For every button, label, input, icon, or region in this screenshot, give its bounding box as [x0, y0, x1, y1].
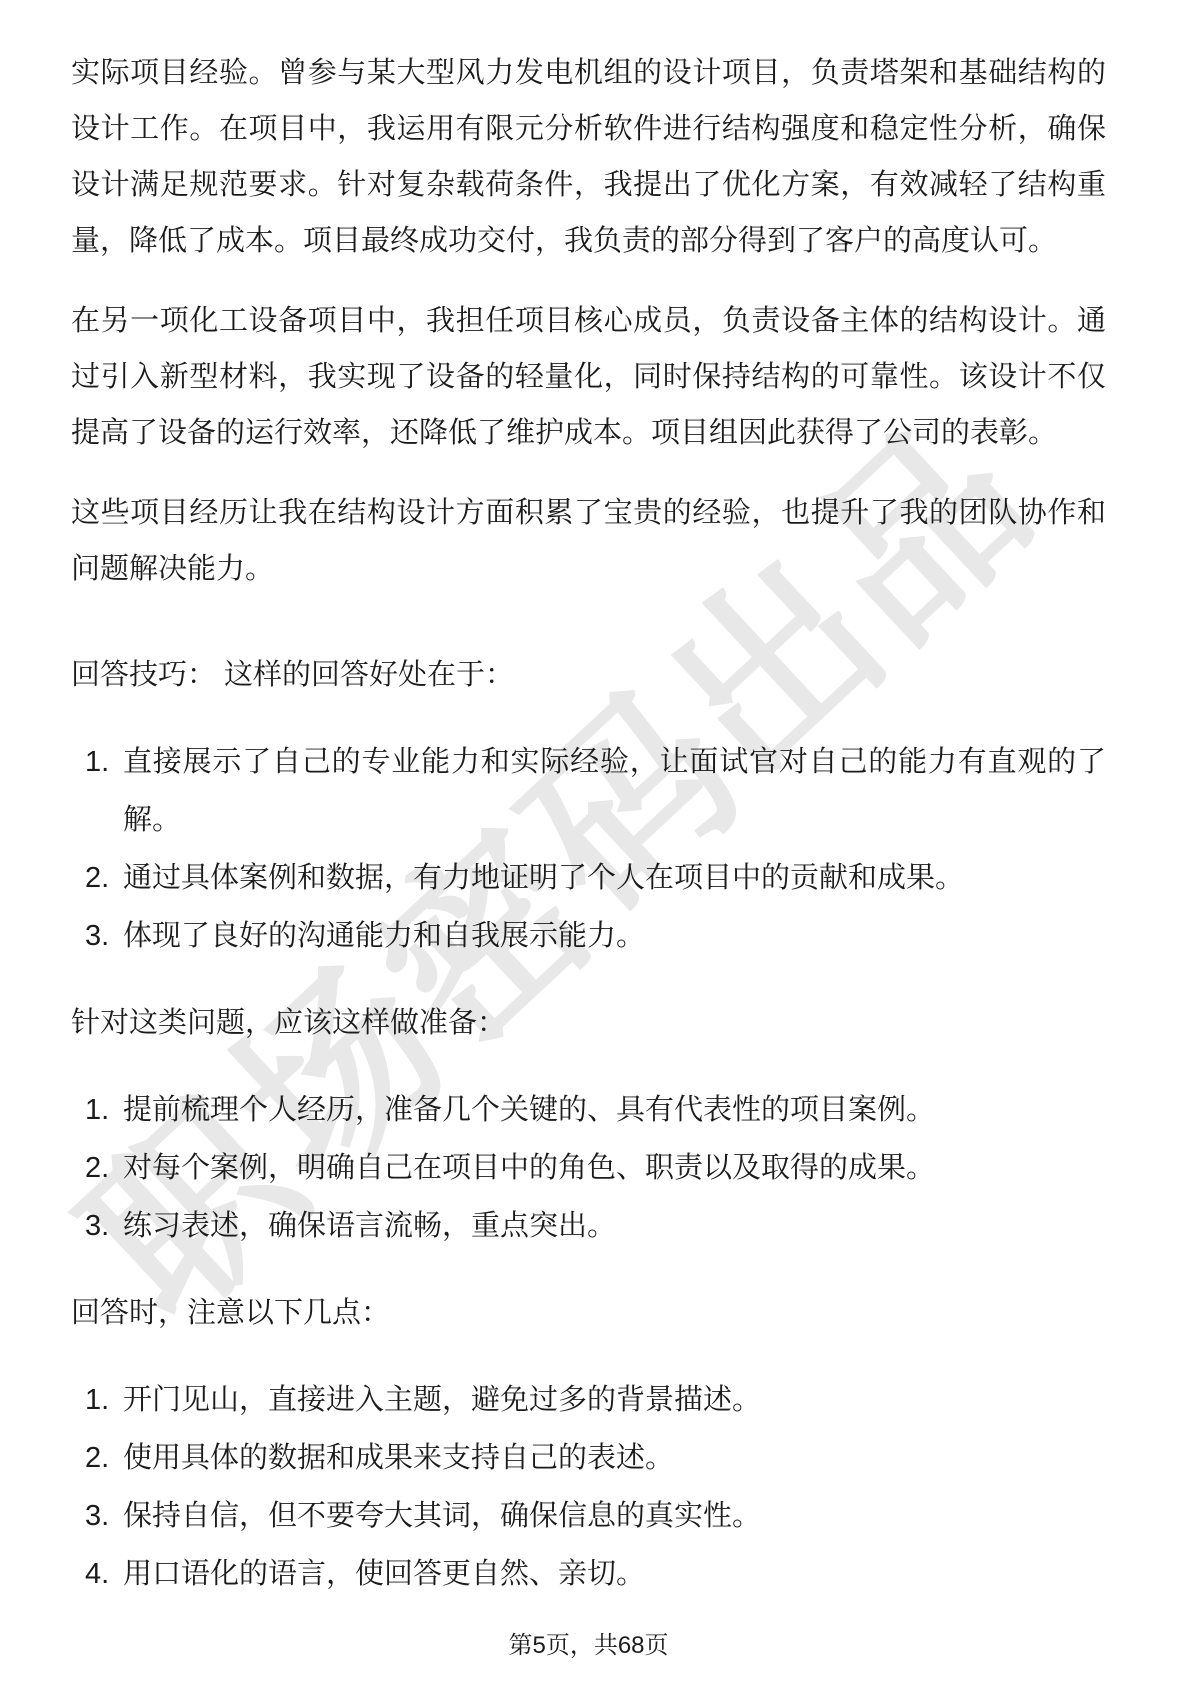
list-item-text: 体现了良好的沟通能力和自我展示能力。 [123, 907, 1106, 965]
list-item: 1. 直接展示了自己的专业能力和实际经验，让面试官对自己的能力有直观的了解。 [85, 733, 1106, 849]
list-item-text: 用口语化的语言，使回答更自然、亲切。 [123, 1545, 1106, 1603]
list-item-text: 直接展示了自己的专业能力和实际经验，让面试官对自己的能力有直观的了解。 [123, 733, 1106, 849]
paragraph-preparation-heading: 针对这类问题，应该这样做准备： [71, 995, 1106, 1051]
ordered-list-answer-benefits: 1. 直接展示了自己的专业能力和实际经验，让面试官对自己的能力有直观的了解。 2… [71, 733, 1106, 965]
paragraph-answer-tips-heading: 回答技巧： 这样的回答好处在于： [71, 647, 1106, 703]
list-item-number: 3. [85, 1487, 123, 1545]
list-item-text: 使用具体的数据和成果来支持自己的表述。 [123, 1429, 1106, 1487]
list-item-text: 对每个案例，明确自己在项目中的角色、职责以及取得的成果。 [123, 1139, 1106, 1197]
list-item-number: 3. [85, 1197, 123, 1255]
ordered-list-answering-notes: 1. 开门见山，直接进入主题，避免过多的背景描述。 2. 使用具体的数据和成果来… [71, 1371, 1106, 1603]
list-item-text: 保持自信，但不要夸大其词，确保信息的真实性。 [123, 1487, 1106, 1545]
paragraph-answering-notes-heading: 回答时，注意以下几点： [71, 1285, 1106, 1341]
page-number-label: 第5页，共68页 [508, 1632, 668, 1659]
list-item: 1. 提前梳理个人经历，准备几个关键的、具有代表性的项目案例。 [85, 1081, 1106, 1139]
ordered-list-preparation-steps: 1. 提前梳理个人经历，准备几个关键的、具有代表性的项目案例。 2. 对每个案例… [71, 1081, 1106, 1255]
list-item-text: 通过具体案例和数据，有力地证明了个人在项目中的贡献和成果。 [123, 849, 1106, 907]
list-item-text: 开门见山，直接进入主题，避免过多的背景描述。 [123, 1371, 1106, 1429]
list-item-text: 练习表述，确保语言流畅，重点突出。 [123, 1197, 1106, 1255]
list-item-number: 2. [85, 1429, 123, 1487]
list-item-number: 1. [85, 1371, 123, 1429]
document-body: 实际项目经验。曾参与某大型风力发电机组的设计项目，负责塔架和基础结构的设计工作。… [0, 0, 1190, 1659]
paragraph-experience-summary: 这些项目经历让我在结构设计方面积累了宝贵的经验，也提升了我的团队协作和问题解决能… [71, 485, 1106, 597]
list-item: 4. 用口语化的语言，使回答更自然、亲切。 [85, 1545, 1106, 1603]
list-item: 3. 体现了良好的沟通能力和自我展示能力。 [85, 907, 1106, 965]
list-item-number: 1. [85, 1081, 123, 1139]
list-item: 1. 开门见山，直接进入主题，避免过多的背景描述。 [85, 1371, 1106, 1429]
list-item-number: 1. [85, 733, 123, 849]
list-item: 2. 通过具体案例和数据，有力地证明了个人在项目中的贡献和成果。 [85, 849, 1106, 907]
list-item-number: 3. [85, 907, 123, 965]
list-item-text: 提前梳理个人经历，准备几个关键的、具有代表性的项目案例。 [123, 1081, 1106, 1139]
list-item-number: 2. [85, 1139, 123, 1197]
list-item-number: 4. [85, 1545, 123, 1603]
list-item: 2. 使用具体的数据和成果来支持自己的表述。 [85, 1429, 1106, 1487]
list-item: 2. 对每个案例，明确自己在项目中的角色、职责以及取得的成果。 [85, 1139, 1106, 1197]
list-item: 3. 保持自信，但不要夸大其词，确保信息的真实性。 [85, 1487, 1106, 1545]
paragraph-project-experience: 实际项目经验。曾参与某大型风力发电机组的设计项目，负责塔架和基础结构的设计工作。… [71, 45, 1106, 269]
document-page: 职场密码出品 实际项目经验。曾参与某大型风力发电机组的设计项目，负责塔架和基础结… [0, 0, 1190, 1684]
list-item-number: 2. [85, 849, 123, 907]
list-item: 3. 练习表述，确保语言流畅，重点突出。 [85, 1197, 1106, 1255]
page-footer: 第5页，共68页 [71, 1633, 1106, 1659]
paragraph-chemical-equipment-project: 在另一项化工设备项目中，我担任项目核心成员，负责设备主体的结构设计。通过引入新型… [71, 293, 1106, 461]
